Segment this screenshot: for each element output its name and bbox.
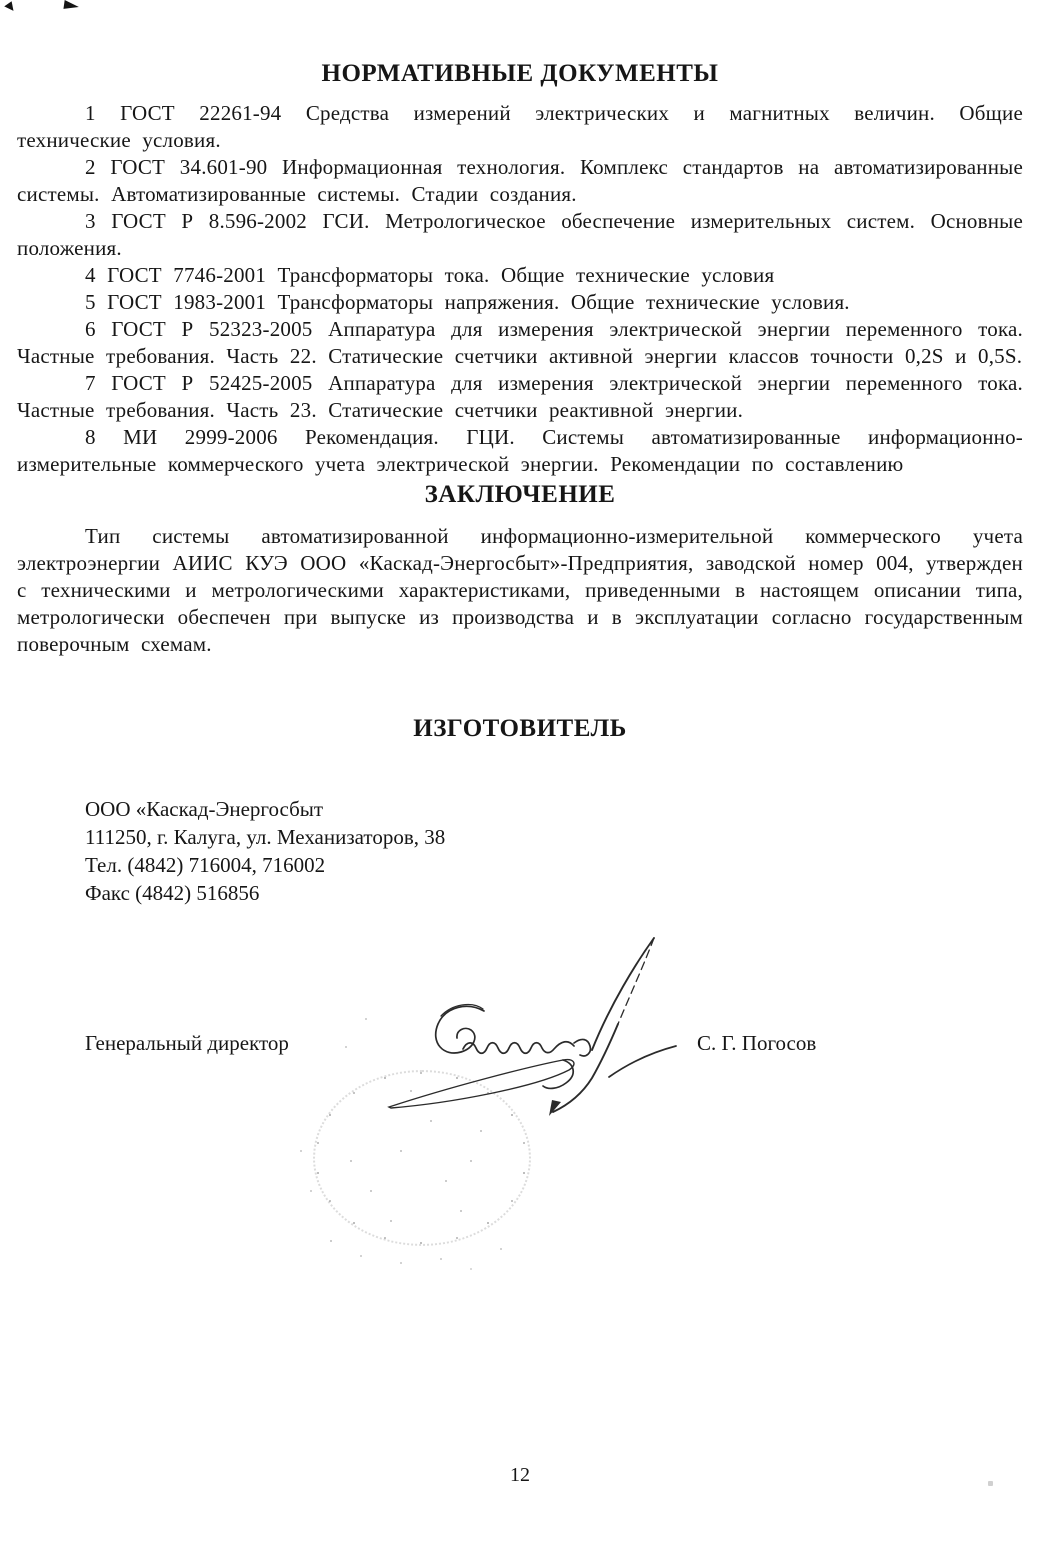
page-number: 12 xyxy=(17,1464,1023,1487)
signature-graphic xyxy=(0,0,1039,1549)
document-page: НОРМАТИВНЫЕ ДОКУМЕНТЫ 1 ГОСТ 22261-94 Ср… xyxy=(0,0,1039,1549)
paper-speck xyxy=(988,1481,993,1486)
